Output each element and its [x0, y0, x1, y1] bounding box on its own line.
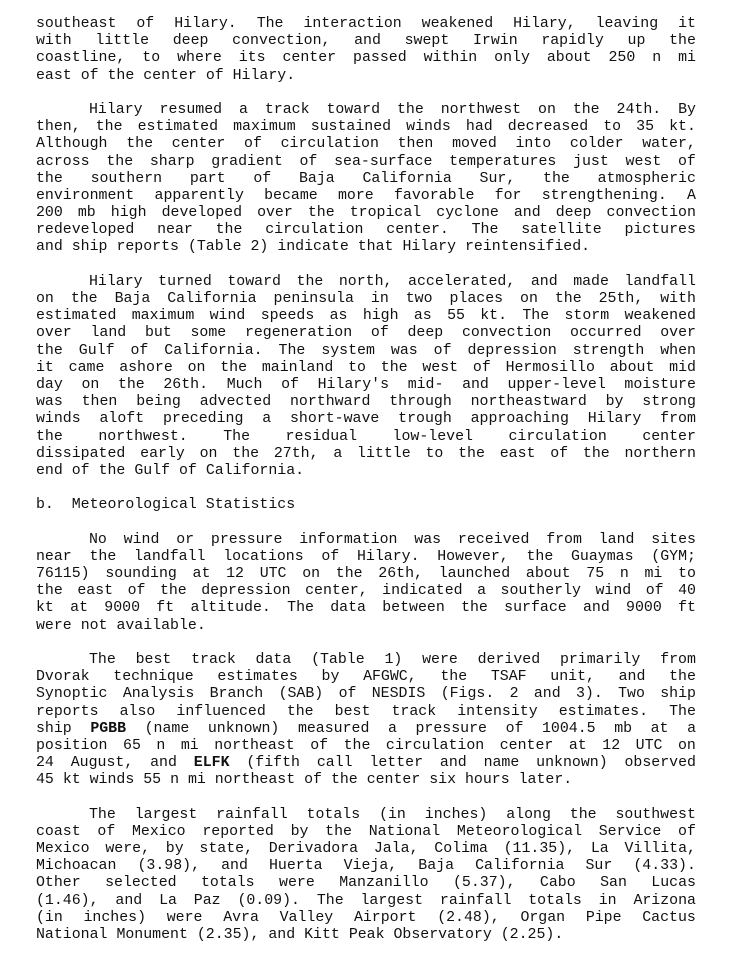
text-line: werenotavailable. [36, 618, 696, 635]
text-line: Nowindorpressureinformationwasreceivedfr… [36, 532, 696, 549]
text-line: shipPGBB(nameunknown)measuredapressureof… [36, 721, 696, 738]
text-line: 200mbhighdevelopedoverthetropicalcyclone… [36, 205, 696, 222]
text-line: eastofthecenterofHilary. [36, 68, 696, 85]
text-line: Althoughthecenterofcirculationthenmovedi… [36, 136, 696, 153]
text-line: Michoacan(3.98),andHuertaVieja,BajaCalif… [36, 858, 696, 875]
paragraph-no-land-data: Nowindorpressureinformationwasreceivedfr… [36, 532, 696, 635]
text-line: DvoraktechniqueestimatesbyAFGWC,theTSAFu… [36, 669, 696, 686]
text-line: reportsalsoinfluencedthebesttrackintensi… [36, 704, 696, 721]
text-line: 76115)soundingat12UTConthe26th,launcheda… [36, 566, 696, 583]
text-line: windsaloftprecedingashort-wavetroughappr… [36, 411, 696, 428]
text-line: nearthelandfalllocationsofHilary.However… [36, 549, 696, 566]
text-line: thenorthwest.Theresiduallow-levelcircula… [36, 429, 696, 446]
text-line: Thebesttrackdata(Table1)werederivedprima… [36, 652, 696, 669]
text-line: ktat9000ftaltitude.Thedatabetweenthesurf… [36, 600, 696, 617]
text-line: acrossthesharpgradientofsea-surfacetempe… [36, 154, 696, 171]
text-line: 45ktwinds55nminortheastofthecentersixhou… [36, 772, 696, 789]
text-line: estimatedmaximumwindspeedsashighas55kt.T… [36, 308, 696, 325]
narrative-section: southeastofHilary.Theinteractionweakened… [36, 16, 696, 480]
text-line: Hilaryresumedatracktowardthenorthwestont… [36, 102, 696, 119]
text-line: then,theestimatedmaximumsustainedwindsha… [36, 119, 696, 136]
paragraph-resumed-track: Hilaryresumedatracktowardthenorthwestont… [36, 102, 696, 257]
text-line: coastline,towhereitscenterpassedwithinon… [36, 50, 696, 67]
paragraph-best-track: Thebesttrackdata(Table1)werederivedprima… [36, 652, 696, 790]
text-line: thesouthernpartofBajaCaliforniaSur,theat… [36, 171, 696, 188]
text-line: theeastofthedepressioncenter,indicatedas… [36, 583, 696, 600]
text-line: position65nminortheastofthecirculationce… [36, 738, 696, 755]
text-line: southeastofHilary.Theinteractionweakened… [36, 16, 696, 33]
text-line: wasthenbeingadvectednorthwardthroughnort… [36, 394, 696, 411]
text-line: OtherselectedtotalswereManzanillo(5.37),… [36, 875, 696, 892]
text-line: Mexicowere,bystate,DerivadoraJala,Colima… [36, 841, 696, 858]
text-line: coastofMexicoreportedbytheNationalMeteor… [36, 824, 696, 841]
text-line: dayonthe26th.MuchofHilary'smid-andupper-… [36, 377, 696, 394]
text-line: dissipatedearlyonthe27th,alittletotheeas… [36, 446, 696, 463]
text-line: itcameashoreonthemainlandtothewestofHerm… [36, 360, 696, 377]
text-line: NationalMonument(2.35),andKittPeakObserv… [36, 927, 696, 944]
text-line: SynopticAnalysisBranch(SAB)ofNESDIS(Figs… [36, 686, 696, 703]
text-line: 24August,andELFK(fifthcallletterandnameu… [36, 755, 696, 772]
meteorological-statistics-section: Nowindorpressureinformationwasreceivedfr… [36, 532, 696, 945]
text-line: overlandbutsomeregenerationofdeepconvect… [36, 325, 696, 342]
text-line: withlittledeepconvection,andsweptIrwinra… [36, 33, 696, 50]
text-line: (ininches)wereAvraValleyAirport(2.48),Or… [36, 910, 696, 927]
text-line: Hilaryturnedtowardthenorth,accelerated,a… [36, 274, 696, 291]
text-line: andshipreports(Table2)indicatethatHilary… [36, 239, 696, 256]
text-line: environmentapparentlybecamemorefavorable… [36, 188, 696, 205]
text-line: (1.46),andLaPaz(0.09).Thelargestrainfall… [36, 893, 696, 910]
text-line: endoftheGulfofCalifornia. [36, 463, 696, 480]
text-line: ontheBajaCaliforniapeninsulaintwoplaceso… [36, 291, 696, 308]
text-line: Thelargestrainfalltotals(ininches)alongt… [36, 807, 696, 824]
document-page: southeastofHilary.Theinteractionweakened… [36, 16, 696, 961]
text-line: theGulfofCalifornia.Thesystemwasofdepres… [36, 343, 696, 360]
paragraph-landfall: Hilaryturnedtowardthenorth,accelerated,a… [36, 274, 696, 480]
paragraph-interaction-continued: southeastofHilary.Theinteractionweakened… [36, 16, 696, 85]
text-line: redevelopednearthecirculationcenter.Thes… [36, 222, 696, 239]
paragraph-rainfall: Thelargestrainfalltotals(ininches)alongt… [36, 807, 696, 945]
section-heading: b. Meteorological Statistics [36, 497, 696, 514]
